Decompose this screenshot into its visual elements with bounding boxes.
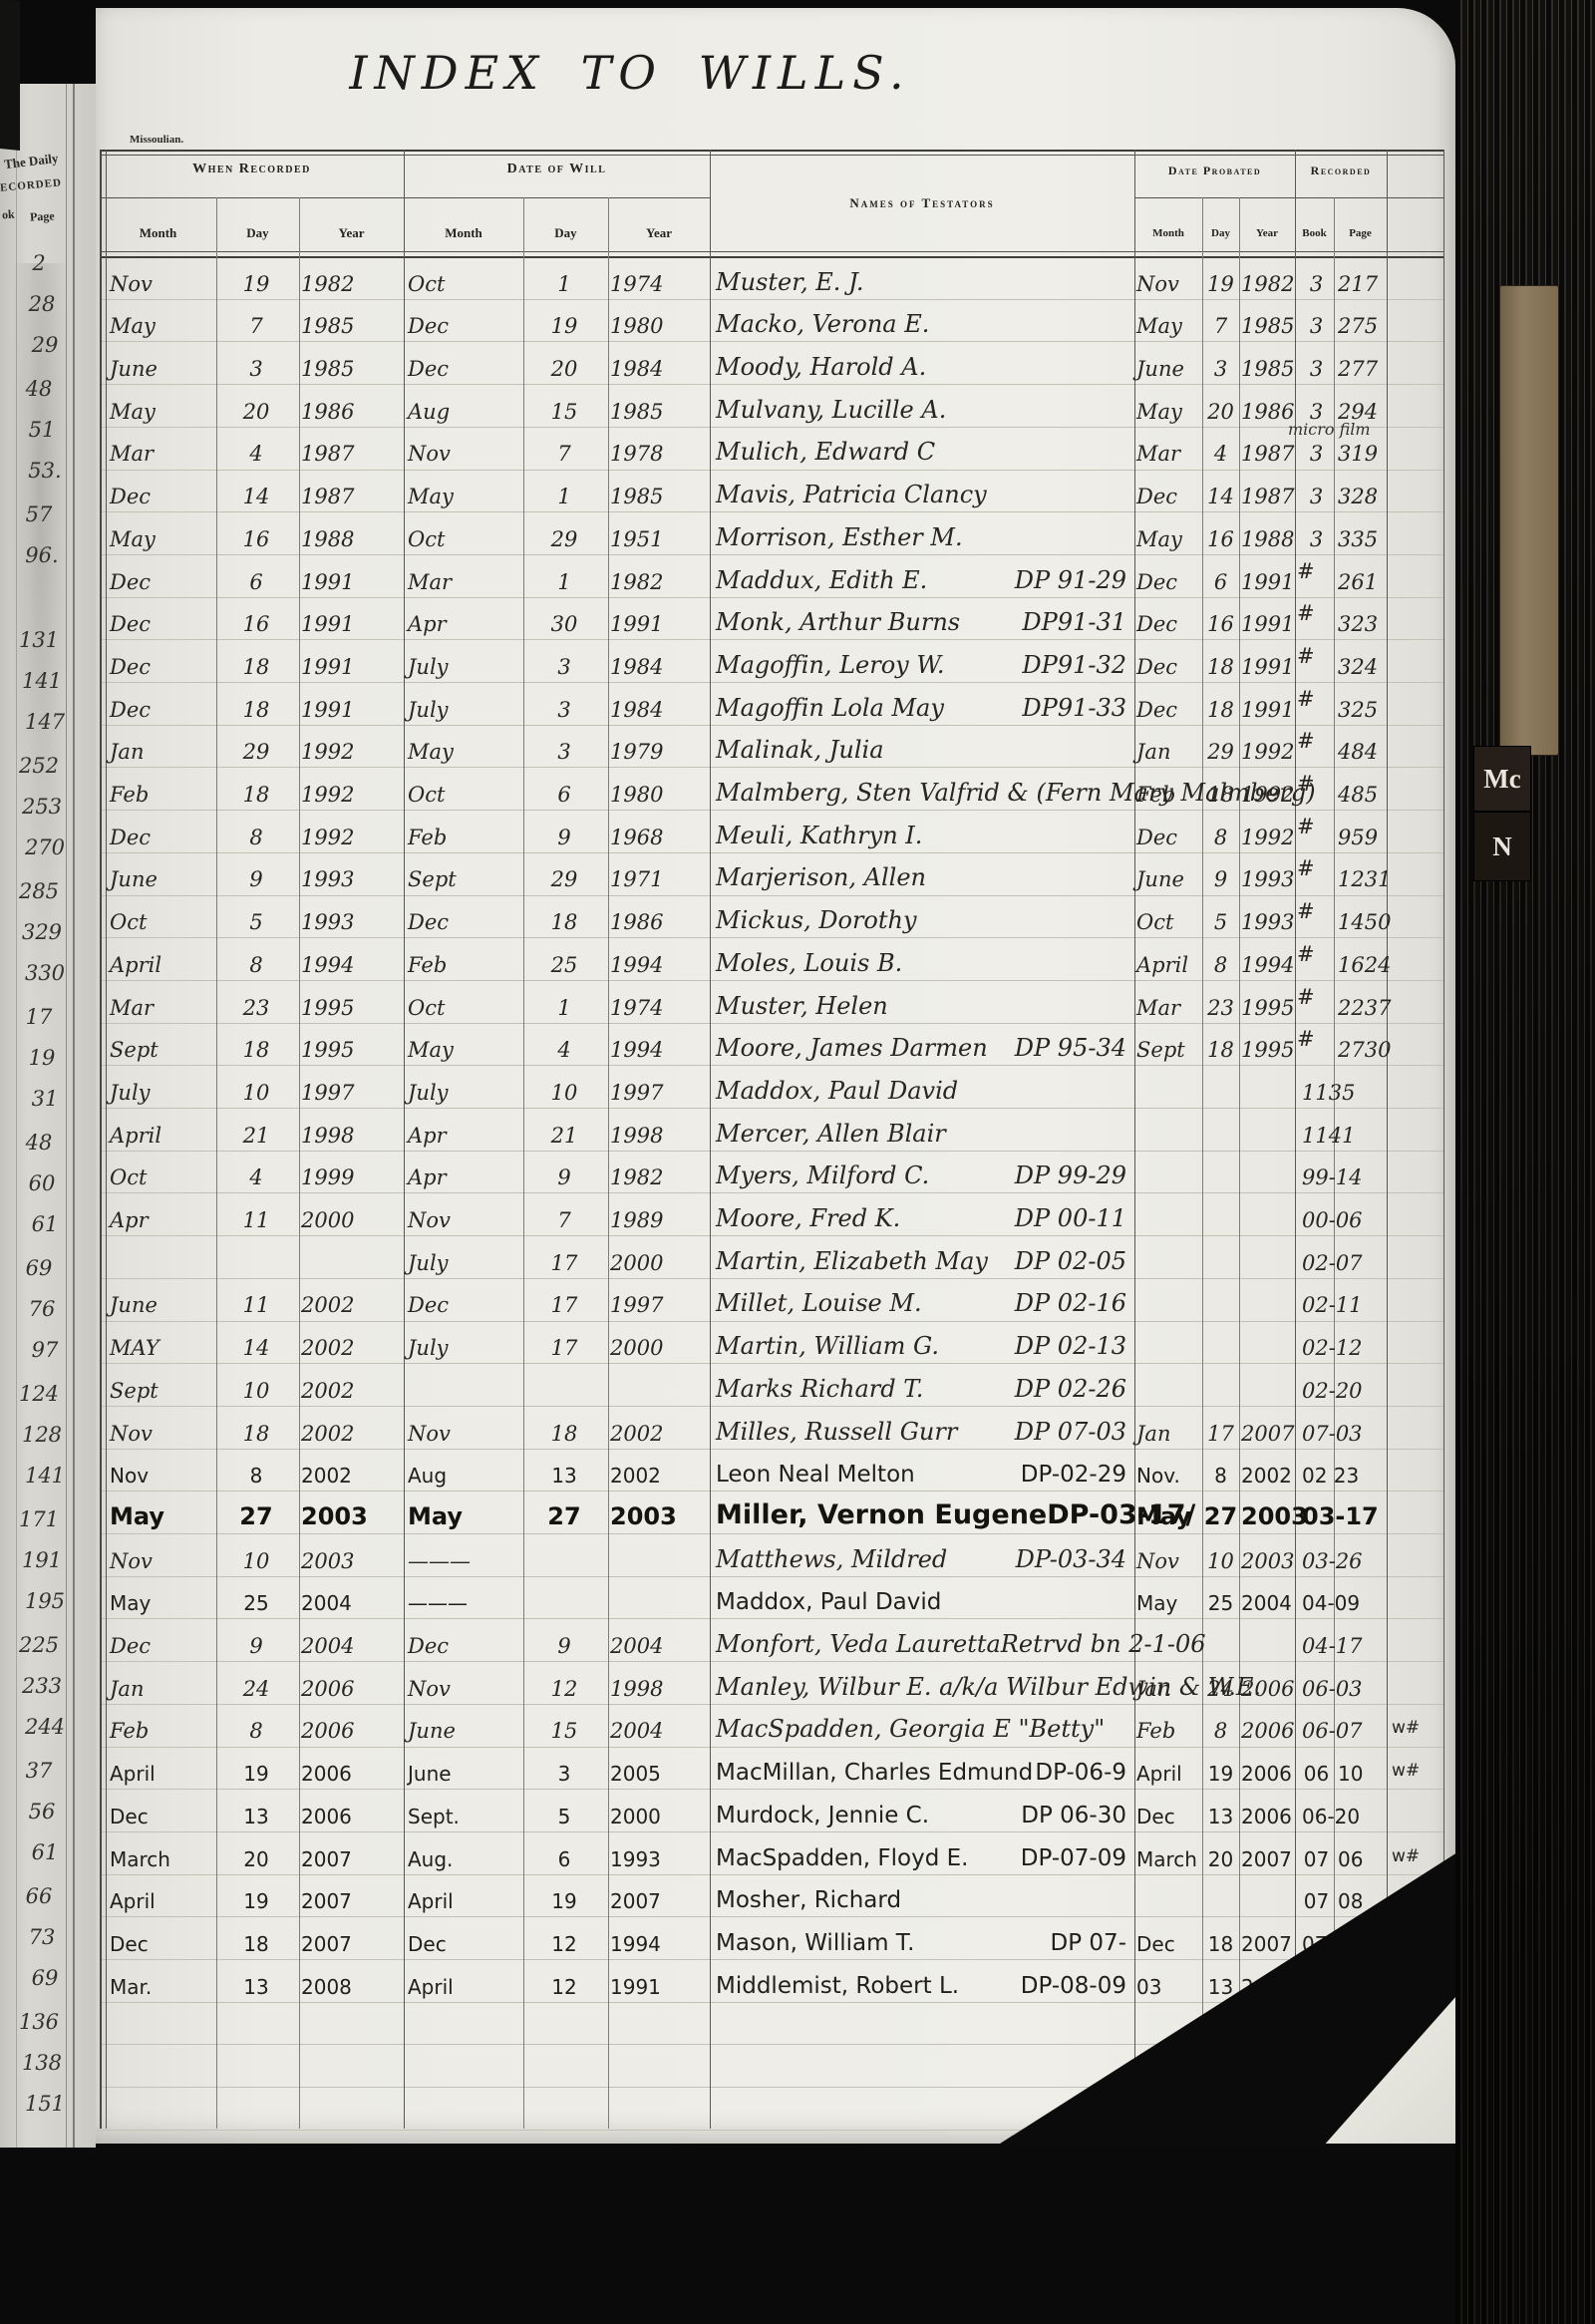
will-day: 6 <box>523 783 605 807</box>
case-number: DP 02-13 <box>1015 1332 1132 1360</box>
testator-name-cell: Matthews, MildredDP-03-34 <box>716 1545 1132 1573</box>
header-when-recorded: When Recorded <box>100 162 404 177</box>
testator-name-cell: Mulvany, Lucille A. <box>716 396 1132 424</box>
page-number: 02-07 <box>1302 1251 1412 1275</box>
will-year: 1982 <box>610 1165 710 1189</box>
probated-year: 2002 <box>1241 1464 1297 1488</box>
will-day: 3 <box>523 740 605 764</box>
probated-day: 6 <box>1202 570 1239 594</box>
probated-year: 1995 <box>1241 996 1297 1020</box>
probated-day: 19 <box>1202 1762 1239 1786</box>
recorded-month: April <box>110 1889 213 1913</box>
will-year: 2000 <box>610 1336 710 1360</box>
recorded-month: March <box>110 1847 213 1871</box>
page-number: 1450 <box>1338 910 1447 934</box>
previous-page-number: 48 <box>8 1131 70 1155</box>
page-number: 485 <box>1338 783 1447 807</box>
will-year: 2000 <box>610 1251 710 1275</box>
case-number: DP 95-34 <box>1015 1034 1132 1062</box>
recorded-day: 3 <box>216 357 296 381</box>
previous-page-number: 97 <box>14 1338 76 1362</box>
page-number: 319 <box>1338 442 1447 466</box>
testator-name: Mavis, Patricia Clancy <box>716 481 987 508</box>
testator-name: Morrison, Esther M. <box>716 523 963 551</box>
ledger-row: Feb181992Oct61980Malmberg, Sten Valfrid … <box>96 767 1455 810</box>
book-number: 3 <box>1297 272 1336 296</box>
recorded-day: 18 <box>216 1422 296 1446</box>
ledger-row: MAY142002July172000Martin, William G.DP … <box>96 1321 1455 1364</box>
page-number: 02-20 <box>1302 1379 1412 1403</box>
subheader-page: Page <box>1334 219 1387 247</box>
previous-page-number: 330 <box>14 961 76 985</box>
testator-name-cell: Moore, James DarmenDP 95-34 <box>716 1034 1132 1062</box>
probated-day: 17 <box>1202 1422 1239 1446</box>
ledger-row: May161988Oct291951Morrison, Esther M.May… <box>96 511 1455 554</box>
probated-year: 1993 <box>1241 867 1297 891</box>
previous-page-number: 252 <box>8 754 70 778</box>
previous-page-number: 270 <box>14 835 76 859</box>
page-number: 03-17 <box>1302 1502 1412 1530</box>
probated-month: Dec <box>1136 1932 1202 1956</box>
will-year: 1978 <box>610 442 710 466</box>
probated-year: 1995 <box>1241 1038 1297 1062</box>
probated-year: 1988 <box>1241 527 1297 551</box>
testator-name: Leon Neal Melton <box>716 1462 915 1488</box>
page-number: 277 <box>1338 357 1447 381</box>
probated-year: 1992 <box>1241 783 1297 807</box>
case-number: DP 02-05 <box>1015 1247 1132 1275</box>
probated-year: 1991 <box>1241 570 1297 594</box>
recorded-day: 16 <box>216 612 296 636</box>
probated-year: 1985 <box>1241 357 1297 381</box>
testator-name-cell: Myers, Milford C.DP 99-29 <box>716 1162 1132 1189</box>
recorded-day: 25 <box>216 1591 296 1615</box>
subheader-month: Month <box>1134 219 1202 247</box>
previous-page-number: 141 <box>14 1464 76 1488</box>
recorded-year: 1997 <box>301 1081 401 1105</box>
will-year: 2004 <box>610 1634 710 1658</box>
recorded-month: Oct <box>110 1165 213 1189</box>
will-day: 9 <box>523 1634 605 1658</box>
probated-month: Dec <box>1136 698 1202 722</box>
recorded-day: 4 <box>216 442 296 466</box>
probated-month: May <box>1136 527 1202 551</box>
testator-name: Magoffin, Leroy W. <box>716 651 944 679</box>
will-month: Dec <box>408 1932 519 1956</box>
will-year: 2005 <box>610 1762 710 1786</box>
probated-month: Oct <box>1136 910 1202 934</box>
will-day: 20 <box>523 357 605 381</box>
testator-name-cell: Mulich, Edward C <box>716 438 1132 466</box>
probated-year: 1985 <box>1241 314 1297 338</box>
scanned-ledger-photo: The Daily ECORDED ok Page 22829485153.57… <box>0 0 1595 2324</box>
recorded-day: 14 <box>216 1336 296 1360</box>
ledger-row: April81994Feb251994Moles, Louis B.April8… <box>96 937 1455 980</box>
subheader-month: Month <box>404 219 523 247</box>
will-month: Aug <box>408 400 519 424</box>
book-number: # <box>1297 559 1315 583</box>
ledger-row: July101997July101997Maddox, Paul David11… <box>96 1065 1455 1108</box>
testator-name-cell: Malmberg, Sten Valfrid & (Fern Mary Malm… <box>716 779 1132 807</box>
will-year: 1998 <box>610 1124 710 1148</box>
recorded-day: 8 <box>216 826 296 849</box>
probated-day: 10 <box>1202 1549 1239 1573</box>
ledger-row: Dec181991July31984Magoffin, Leroy W.DP91… <box>96 639 1455 682</box>
recorded-month: Feb <box>110 783 213 807</box>
recorded-day: 8 <box>216 1464 296 1488</box>
probated-month: Dec <box>1136 655 1202 679</box>
recorded-month: July <box>110 1081 213 1105</box>
will-month: April <box>408 1889 519 1913</box>
recorded-year: 2002 <box>301 1422 401 1446</box>
testator-name: Maddux, Edith E. <box>716 566 927 594</box>
recorded-year: 2007 <box>301 1932 401 1956</box>
will-month: Feb <box>408 953 519 977</box>
recorded-day: 19 <box>216 272 296 296</box>
will-day: 29 <box>523 867 605 891</box>
previous-page-number: 124 <box>8 1382 70 1406</box>
probated-month: Dec <box>1136 612 1202 636</box>
recorded-month: Nov <box>110 272 213 296</box>
recorded-month: Mar <box>110 996 213 1020</box>
page-number: 2237 <box>1338 996 1447 1020</box>
page-number: 328 <box>1338 485 1447 508</box>
will-day: 5 <box>523 1805 605 1828</box>
case-number: DP-07-09 <box>1021 1845 1132 1871</box>
book-header-fragment: ok <box>2 207 15 223</box>
probated-day: 18 <box>1202 1932 1239 1956</box>
ledger-row: Nov102003———Matthews, MildredDP-03-34Nov… <box>96 1533 1455 1576</box>
previous-page-number: 2 <box>8 251 70 275</box>
probated-year: 1991 <box>1241 612 1297 636</box>
ledger-row: Oct41999Apr91982Myers, Milford C.DP 99-2… <box>96 1151 1455 1193</box>
book-number: 07 <box>1297 1847 1336 1871</box>
testator-name-cell: Mason, William T.DP 07- <box>716 1930 1132 1956</box>
case-number: Retrvd bn 2-1-06 <box>1001 1630 1212 1658</box>
will-month: July <box>408 1251 519 1275</box>
testator-name-cell: Magoffin Lola MayDP91-33 <box>716 694 1132 722</box>
recorded-month: Dec <box>110 1932 213 1956</box>
probated-day: 18 <box>1202 698 1239 722</box>
previous-page-number: 51 <box>11 418 73 442</box>
probated-year: 2006 <box>1241 1719 1297 1743</box>
recorded-month: April <box>110 1762 213 1786</box>
testator-name-cell: Macko, Verona E. <box>716 310 1132 338</box>
recorded-year: 2002 <box>301 1379 401 1403</box>
will-month: Aug <box>408 1464 519 1488</box>
previous-page-number: 57 <box>8 502 70 526</box>
will-day: 1 <box>523 485 605 508</box>
recorded-month: Dec <box>110 1634 213 1658</box>
ledger-row: April211998Apr211998Mercer, Allen Blair1… <box>96 1108 1455 1151</box>
probated-day: 23 <box>1202 996 1239 1020</box>
testator-name: MacSpadden, Floyd E. <box>716 1845 968 1871</box>
recorded-year: 1993 <box>301 867 401 891</box>
recorded-day: 18 <box>216 698 296 722</box>
ledger-row: Mar231995Oct11974Muster, HelenMar231995#… <box>96 980 1455 1023</box>
will-day: 12 <box>523 1677 605 1701</box>
page-number: 99-14 <box>1302 1165 1412 1189</box>
probated-day: 16 <box>1202 612 1239 636</box>
probated-year: 1993 <box>1241 910 1297 934</box>
recorded-day: 10 <box>216 1081 296 1105</box>
testator-name-cell: Muster, E. J. <box>716 268 1132 296</box>
will-day: 30 <box>523 612 605 636</box>
recorded-month: Dec <box>110 655 213 679</box>
previous-page-number: 233 <box>11 1674 73 1698</box>
recorded-day: 8 <box>216 953 296 977</box>
testator-name-cell: Leon Neal MeltonDP-02-29 <box>716 1462 1132 1488</box>
testator-name: Martin, Elizabeth May <box>716 1247 988 1275</box>
page-number: 1231 <box>1338 867 1447 891</box>
page-number: 04-17 <box>1302 1634 1412 1658</box>
probated-year: 2003 <box>1241 1502 1297 1530</box>
will-year: 2000 <box>610 1805 710 1828</box>
case-number: DP-03-34 <box>1016 1545 1132 1573</box>
page-number: 2730 <box>1338 1038 1447 1062</box>
recorded-month: Dec <box>110 612 213 636</box>
recorded-day: 11 <box>216 1293 296 1317</box>
testator-name-cell: Mosher, Richard <box>716 1887 1132 1913</box>
probated-day: 18 <box>1202 783 1239 807</box>
will-year: 1993 <box>610 1847 710 1871</box>
case-number: DP91-33 <box>1022 694 1132 722</box>
previous-page-number: 147 <box>14 710 76 734</box>
testator-name-cell: Millet, Louise M.DP 02-16 <box>716 1289 1132 1317</box>
recorded-year: 1986 <box>301 400 401 424</box>
will-year: 2003 <box>610 1502 710 1530</box>
page-number: 1141 <box>1302 1124 1412 1148</box>
testator-name-cell: Martin, Elizabeth MayDP 02-05 <box>716 1247 1132 1275</box>
previous-page-number: 31 <box>14 1087 76 1111</box>
will-day: 7 <box>523 442 605 466</box>
recorded-day: 6 <box>216 570 296 594</box>
testator-name-cell: MacSpadden, Georgia E "Betty" <box>716 1715 1132 1743</box>
will-month: Sept <box>408 867 519 891</box>
recorded-year: 1982 <box>301 272 401 296</box>
ledger-row: Jan242006Nov121998Manley, Wilbur E. a/k/… <box>96 1661 1455 1704</box>
recorded-day: 19 <box>216 1762 296 1786</box>
recorded-day: 13 <box>216 1975 296 1999</box>
will-day: 25 <box>523 953 605 977</box>
will-month: May <box>408 740 519 764</box>
testator-name: Matthews, Mildred <box>716 1545 947 1573</box>
previous-page-number: 285 <box>8 879 70 903</box>
recorded-year: 1992 <box>301 783 401 807</box>
will-day: 3 <box>523 655 605 679</box>
will-day: 9 <box>523 826 605 849</box>
probated-day: 20 <box>1202 1847 1239 1871</box>
ledger-row: June91993Sept291971Marjerison, AllenJune… <box>96 852 1455 895</box>
recorded-day: 9 <box>216 1634 296 1658</box>
testator-name-cell: Maddox, Paul David <box>716 1589 1132 1615</box>
testator-name: Mason, William T. <box>716 1930 914 1956</box>
probated-day: 8 <box>1202 1464 1239 1488</box>
will-day: 3 <box>523 1762 605 1786</box>
ledger-row: Apr112000Nov71989Moore, Fred K.DP 00-110… <box>96 1192 1455 1235</box>
recorded-day: 13 <box>216 1805 296 1828</box>
previous-page-number: 61 <box>14 1840 76 1864</box>
testator-name-cell: Manley, Wilbur E. a/k/a Wilbur Edwin & W… <box>716 1673 1132 1701</box>
recorded-year: 2006 <box>301 1719 401 1743</box>
header-date-probated: Date Probated <box>1134 164 1295 178</box>
will-day: 18 <box>523 910 605 934</box>
recorded-day: 4 <box>216 1165 296 1189</box>
subheader-year: Year <box>299 219 404 247</box>
probated-month: Jan <box>1136 1422 1202 1446</box>
previous-page-number: 69 <box>14 1966 76 1990</box>
recorded-day: 18 <box>216 783 296 807</box>
recorded-year: 1992 <box>301 826 401 849</box>
probated-day: 16 <box>1202 527 1239 551</box>
will-month: Dec <box>408 314 519 338</box>
ledger-row: Mar41987Nov71978Mulich, Edward CMar41987… <box>96 427 1455 470</box>
ledger-row: Dec181991July31984Magoffin Lola MayDP91-… <box>96 682 1455 725</box>
testator-name: Moore, James Darmen <box>716 1034 988 1062</box>
will-month: ——— <box>408 1591 519 1615</box>
probated-month: Feb <box>1136 1719 1202 1743</box>
probated-month: Dec <box>1136 570 1202 594</box>
recorded-month: June <box>110 357 213 381</box>
testator-name-cell: MacSpadden, Floyd E.DP-07-09 <box>716 1845 1132 1871</box>
probated-year: 1992 <box>1241 826 1297 849</box>
will-day: 4 <box>523 1038 605 1062</box>
subheader-book: Book <box>1295 219 1334 247</box>
probated-month: May <box>1136 1502 1202 1530</box>
probated-month: Mar <box>1136 996 1202 1020</box>
probated-month: Dec <box>1136 1805 1202 1828</box>
will-month: May <box>408 1502 519 1530</box>
testator-name: Marks Richard T. <box>716 1375 923 1403</box>
case-number: DP-08-09 <box>1021 1973 1132 1999</box>
recorded-month: Mar <box>110 442 213 466</box>
book-number: 3 <box>1297 442 1336 466</box>
testator-name: Moore, Fred K. <box>716 1204 900 1232</box>
testator-name: Middlemist, Robert L. <box>716 1973 959 1999</box>
testator-name: Macko, Verona E. <box>716 310 929 338</box>
probated-month: Jan <box>1136 1677 1202 1701</box>
recorded-month: MAY <box>110 1336 213 1360</box>
ledger-row: March202007Aug.61993MacSpadden, Floyd E.… <box>96 1831 1455 1874</box>
previous-page-number: 195 <box>14 1589 76 1613</box>
will-month: ——— <box>408 1549 519 1573</box>
probated-month: Nov <box>1136 1549 1202 1573</box>
recorded-year: 2003 <box>301 1549 401 1573</box>
book-number: # <box>1297 687 1315 711</box>
book-number: # <box>1297 772 1315 796</box>
probated-month: Dec <box>1136 485 1202 508</box>
testator-name-cell: Murdock, Jennie C.DP 06-30 <box>716 1803 1132 1828</box>
testator-name-cell: Middlemist, Robert L.DP-08-09 <box>716 1973 1132 1999</box>
case-number: DP 06-30 <box>1021 1803 1132 1828</box>
probated-year: 2006 <box>1241 1762 1297 1786</box>
page-header-fragment: Page <box>30 208 55 224</box>
recorded-day: 18 <box>216 1932 296 1956</box>
will-day: 15 <box>523 400 605 424</box>
index-tab-mc: Mc <box>1473 746 1531 812</box>
testator-name: Monk, Arthur Burns <box>716 608 960 636</box>
case-number: DP-02-29 <box>1021 1462 1132 1488</box>
will-year: 1984 <box>610 357 710 381</box>
recorded-day: 18 <box>216 655 296 679</box>
previous-page-number: 96. <box>11 543 73 567</box>
subheader-day: Day <box>523 219 608 247</box>
ledger-row: Jan291992May31979Malinak, JuliaJan291992… <box>96 725 1455 768</box>
case-number: DP 99-29 <box>1015 1162 1132 1189</box>
will-month: Mar <box>408 570 519 594</box>
ledger-row: May201986Aug151985Mulvany, Lucille A.May… <box>96 384 1455 427</box>
will-month: Oct <box>408 527 519 551</box>
probated-day: 8 <box>1202 1719 1239 1743</box>
will-month: May <box>408 1038 519 1062</box>
recorded-month: May <box>110 527 213 551</box>
testator-name: Millet, Louise M. <box>716 1289 922 1317</box>
left-strip-fold-rule <box>73 84 75 2148</box>
testator-name-cell: Malinak, Julia <box>716 736 1132 764</box>
will-month: Oct <box>408 996 519 1020</box>
probated-day: 4 <box>1202 442 1239 466</box>
recorded-year: 2006 <box>301 1805 401 1828</box>
testator-name: Magoffin Lola May <box>716 694 944 722</box>
page-number: 00-06 <box>1302 1208 1412 1232</box>
recorded-year: 1987 <box>301 442 401 466</box>
probated-month: Sept <box>1136 1038 1202 1062</box>
will-year: 1991 <box>610 1975 710 1999</box>
will-month: July <box>408 698 519 722</box>
recorded-month: Feb <box>110 1719 213 1743</box>
previous-page-number: 60 <box>11 1171 73 1195</box>
previous-page-number: 151 <box>14 2092 76 2116</box>
testator-name: Mulvany, Lucille A. <box>716 396 946 424</box>
recorded-year: 1985 <box>301 357 401 381</box>
photo-corner-shadow <box>0 0 20 151</box>
recorded-day: 20 <box>216 1847 296 1871</box>
testator-name: Moody, Harold A. <box>716 353 926 381</box>
recorded-day: 11 <box>216 1208 296 1232</box>
recorded-day: 21 <box>216 1124 296 1148</box>
probated-year: 2006 <box>1241 1677 1297 1701</box>
will-month: Dec <box>408 910 519 934</box>
margin-note: w# <box>1392 1846 1420 1866</box>
ledger-row: Nov182002Nov182002Milles, Russell GurrDP… <box>96 1406 1455 1449</box>
recorded-month: May <box>110 1591 213 1615</box>
will-month: Sept. <box>408 1805 519 1828</box>
will-month: June <box>408 1719 519 1743</box>
recorded-year: 2004 <box>301 1591 401 1615</box>
will-day: 1 <box>523 570 605 594</box>
rule-line <box>1134 197 1443 198</box>
will-month: July <box>408 655 519 679</box>
recorded-year: 1991 <box>301 612 401 636</box>
probated-day: 3 <box>1202 357 1239 381</box>
will-day: 18 <box>523 1422 605 1446</box>
probated-year: 1991 <box>1241 698 1297 722</box>
recorded-header-fragment: ECORDED <box>0 176 62 193</box>
previous-page-number: 56 <box>11 1800 73 1824</box>
will-day: 3 <box>523 698 605 722</box>
book-number: 07 <box>1297 1889 1336 1913</box>
previous-page-number: 48 <box>8 377 70 401</box>
previous-page-number: 53. <box>14 459 76 483</box>
testator-name-cell: Moles, Louis B. <box>716 949 1132 977</box>
will-day: 13 <box>523 1464 605 1488</box>
will-day: 27 <box>523 1502 605 1530</box>
will-year: 1997 <box>610 1081 710 1105</box>
previous-page-number: 138 <box>11 2051 73 2075</box>
probated-month: Jan <box>1136 740 1202 764</box>
will-day: 29 <box>523 527 605 551</box>
testator-name: MacMillan, Charles Edmund <box>716 1760 1033 1786</box>
